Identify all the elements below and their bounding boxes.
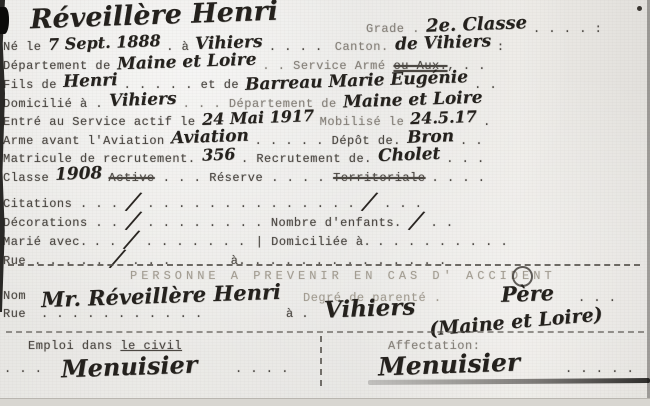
fils-de-label: Fils de (3, 78, 57, 92)
active-struck-label: Active (109, 171, 155, 185)
service-entry-label: Entré au Service actif le (3, 115, 196, 129)
classe-row: Classe 1908 Active . . . Réserve . . . .… (3, 166, 485, 186)
domicile-place-handwritten: Vihiers (109, 89, 177, 111)
dot-leader: . . . (163, 171, 202, 185)
line-end-mark: : (497, 40, 505, 54)
dot-leader: . . . (446, 152, 485, 166)
reserve-label: Réserve (209, 171, 263, 185)
birth-label: Né le (3, 40, 42, 54)
recrutement-label: . Recrutement de. (241, 152, 372, 166)
classe-label: Classe (3, 171, 49, 185)
birth-date-handwritten: 7 Sept. 1888 (47, 31, 160, 54)
affectation-handwritten: Menuisier (378, 348, 521, 382)
ink-slash-mark: / (110, 243, 126, 274)
domicile-label: Domicilié à . (3, 97, 103, 111)
line-end-mark: . (483, 115, 491, 129)
dashed-separator (6, 331, 644, 333)
territoriale-struck-label: Territoriale (333, 171, 425, 185)
scan-band-bottom (0, 398, 650, 406)
rue-row: Rue . . . . . / . . . à. . . . . . . . .… (3, 241, 447, 271)
recrutement-handwritten: Cholet (378, 144, 441, 166)
contact-dept-handwritten: (Maine et Loire) (428, 303, 603, 340)
rue-label: Rue (3, 307, 26, 321)
father-name-handwritten: Henri (63, 70, 118, 92)
military-record-card: Réveillère Henri Grade . 2e. Classe . . … (0, 0, 650, 406)
departement-handwritten: Maine et Loire (117, 50, 257, 75)
scan-speck (637, 6, 642, 11)
soldier-name-handwritten: Réveillère Henri (30, 0, 279, 35)
dashed-separator (8, 264, 640, 266)
civil-job-handwritten: Menuisier (61, 350, 198, 384)
dot-leader: . . (460, 134, 483, 148)
emploi-label-text: Emploi dans (28, 339, 120, 353)
dot-leader: . . . . : (533, 22, 602, 36)
mobilise-label: Mobilisé le (320, 115, 405, 129)
dot-leader: . . . (4, 362, 43, 376)
dot-leader: . . . . (269, 40, 323, 54)
matricule-number-handwritten: 356 (201, 144, 235, 164)
canton-label: Canton. (335, 40, 389, 54)
footer-metier-row: . . . Menuisier . . . . Menuisier . . . … (0, 352, 650, 392)
contact-place-handwritten: Vihiers (324, 293, 416, 323)
scan-corner-blob (0, 7, 9, 34)
mobilise-date-handwritten: 24.5.17 (410, 107, 477, 128)
nom-label: Nom (3, 289, 26, 303)
name-header-row: Réveillère Henri (24, 0, 284, 31)
dot-leader: . . . . . . . . . . . (41, 307, 203, 321)
dot-leader: . . . . . (565, 362, 634, 376)
service-entry-date-handwritten: 24 Mai 1917 (201, 106, 314, 129)
classe-year-handwritten: 1908 (55, 163, 103, 185)
dot-leader: . . . . (271, 171, 325, 185)
canton-handwritten: de Vihiers (394, 31, 491, 54)
dot-leader: . . . . (432, 171, 486, 185)
arme-label: Arme avant l'Aviation (3, 134, 165, 148)
dot-leader: . . . . (235, 362, 289, 376)
a-label: à . (286, 307, 309, 321)
